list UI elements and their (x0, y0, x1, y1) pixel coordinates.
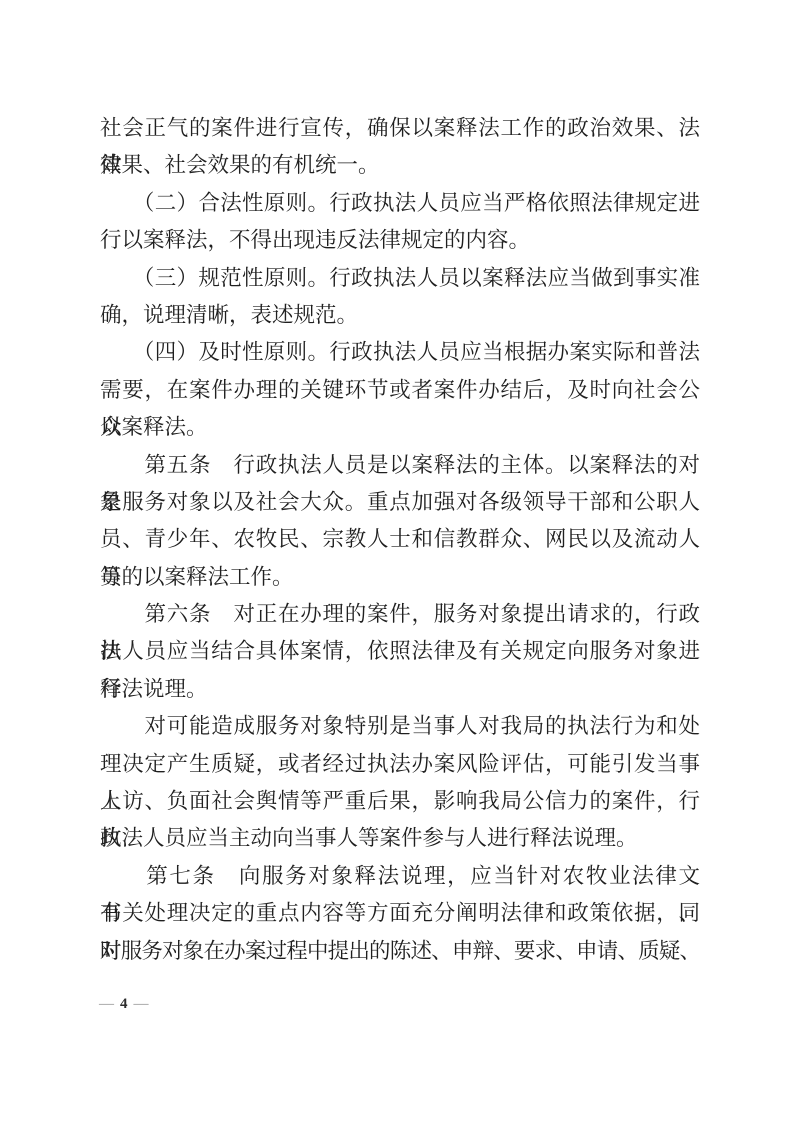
document-line: 确，说理清晰，表述规范。 (100, 297, 700, 334)
document-line: 对服务对象在办案过程中提出的陈述、申辩、要求、申请、质疑、 (100, 933, 700, 970)
document-line: 等的以案释法工作。 (100, 559, 700, 596)
document-line: 第六条 对正在办理的案件，服务对象提出请求的，行政执 (100, 596, 700, 633)
document-line: 释法说理。 (100, 671, 700, 708)
document-line: 上访、负面社会舆情等严重后果，影响我局公信力的案件，行政 (100, 783, 700, 820)
document-line: 有关处理决定的重点内容等方面充分阐明法律和政策依据，同时 (100, 895, 700, 932)
document-line: 执法人员应当主动向当事人等案件参与人进行释法说理。 (100, 820, 700, 857)
document-line: 第五条 行政执法人员是以案释法的主体。以案释法的对象 (100, 447, 700, 484)
document-line: 社会正气的案件进行宣传，确保以案释法工作的政治效果、法律 (100, 110, 700, 147)
document-line: （二）合法性原则。行政执法人员应当严格依照法律规定进 (100, 185, 700, 222)
document-line: 第七条 向服务对象释法说理，应当针对农牧业法律文书、 (100, 858, 700, 895)
page-number-dash-right: — (134, 996, 149, 1012)
document-line: 员、青少年、农牧民、宗教人士和信教群众、网民以及流动人员 (100, 521, 700, 558)
document-line: （三）规范性原则。行政执法人员以案释法应当做到事实准 (100, 260, 700, 297)
document-body: 社会正气的案件进行宣传，确保以案释法工作的政治效果、法律 效果、社会效果的有机统… (100, 110, 700, 970)
document-line: 效果、社会效果的有机统一。 (100, 147, 700, 184)
page-number-value: 4 (120, 996, 128, 1012)
document-line: 是服务对象以及社会大众。重点加强对各级领导干部和公职人 (100, 484, 700, 521)
scanned-document-page: 社会正气的案件进行宣传，确保以案释法工作的政治效果、法律 效果、社会效果的有机统… (0, 0, 793, 1122)
document-line: 行以案释法，不得出现违反法律规定的内容。 (100, 222, 700, 259)
document-line: 需要，在案件办理的关键环节或者案件办结后，及时向社会公众 (100, 372, 700, 409)
page-number-dash-left: — (99, 996, 114, 1012)
document-line: 理决定产生质疑，或者经过执法办案风险评估，可能引发当事人 (100, 746, 700, 783)
document-line: （四）及时性原则。行政执法人员应当根据办案实际和普法 (100, 334, 700, 371)
document-line: 法人员应当结合具体案情，依照法律及有关规定向服务对象进行 (100, 633, 700, 670)
document-line: 以案释法。 (100, 409, 700, 446)
page-number: —4— (99, 994, 149, 1014)
document-line: 对可能造成服务对象特别是当事人对我局的执法行为和处 (100, 708, 700, 745)
